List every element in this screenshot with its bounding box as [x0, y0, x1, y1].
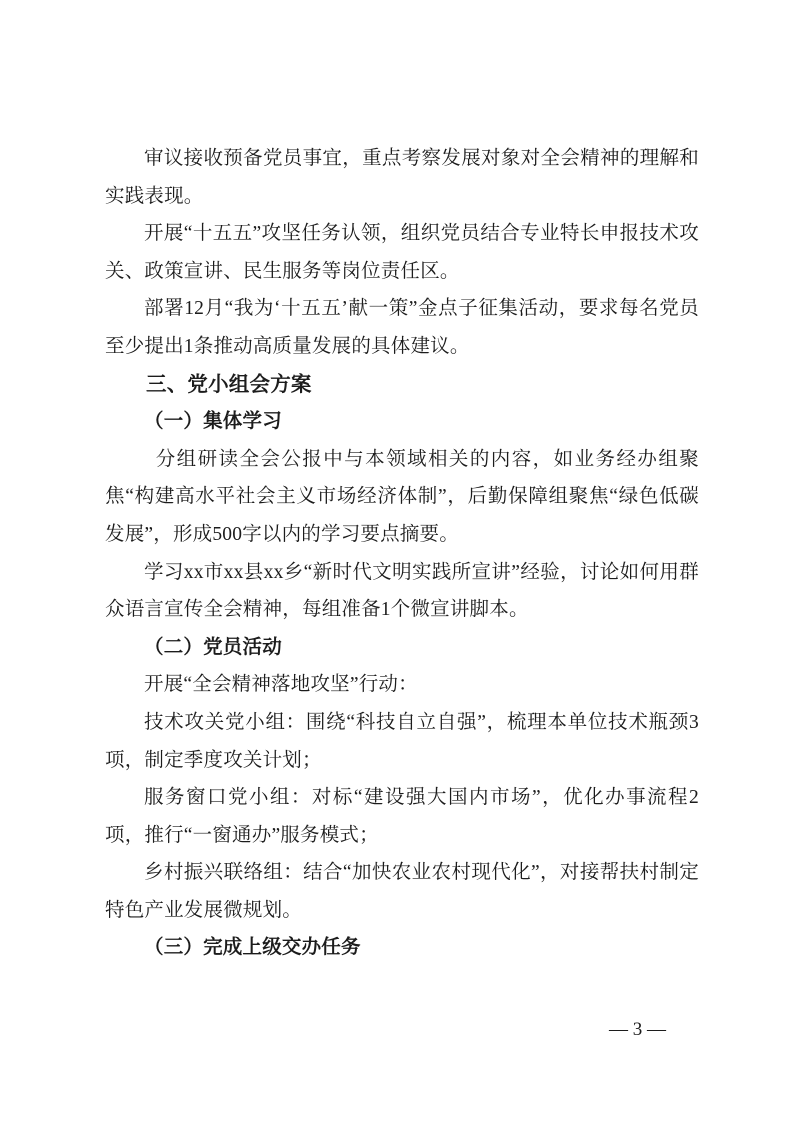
paragraph: 开展“十五五”攻坚任务认领，组织党员结合专业特长申报技术攻关、政策宣讲、民生服务…: [105, 215, 699, 290]
page-number: — 3 —: [609, 1018, 666, 1042]
document-body: 审议接收预备党员事宜，重点考察发展对象对全会精神的理解和实践表现。 开展“十五五…: [105, 140, 699, 967]
subsection-heading: （一）集体学习: [105, 403, 699, 441]
subsection-heading: （三）完成上级交办任务: [105, 929, 699, 967]
paragraph: 审议接收预备党员事宜，重点考察发展对象对全会精神的理解和实践表现。: [105, 140, 699, 215]
subsection-heading: （二）党员活动: [105, 629, 699, 667]
section-heading: 三、党小组会方案: [105, 366, 699, 404]
paragraph: 服务窗口党小组：对标“建设强大国内市场”，优化办事流程2项，推行“一窗通办”服务…: [105, 779, 699, 854]
paragraph: 技术攻关党小组：围绕“科技自立自强”，梳理本单位技术瓶颈3项，制定季度攻关计划；: [105, 704, 699, 779]
paragraph: 部署12月“我为‘十五五’献一策”金点子征集活动，要求每名党员至少提出1条推动高…: [105, 290, 699, 365]
paragraph: 分组研读全会公报中与本领域相关的内容，如业务经办组聚焦“构建高水平社会主义市场经…: [105, 441, 699, 554]
paragraph: 学习xx市xx县xx乡“新时代文明实践所宣讲”经验，讨论如何用群众语言宣传全会精…: [105, 554, 699, 629]
document-page: 审议接收预备党员事宜，重点考察发展对象对全会精神的理解和实践表现。 开展“十五五…: [0, 0, 794, 1122]
paragraph: 乡村振兴联络组：结合“加快农业农村现代化”，对接帮扶村制定特色产业发展微规划。: [105, 854, 699, 929]
paragraph: 开展“全会精神落地攻坚”行动：: [105, 666, 699, 704]
